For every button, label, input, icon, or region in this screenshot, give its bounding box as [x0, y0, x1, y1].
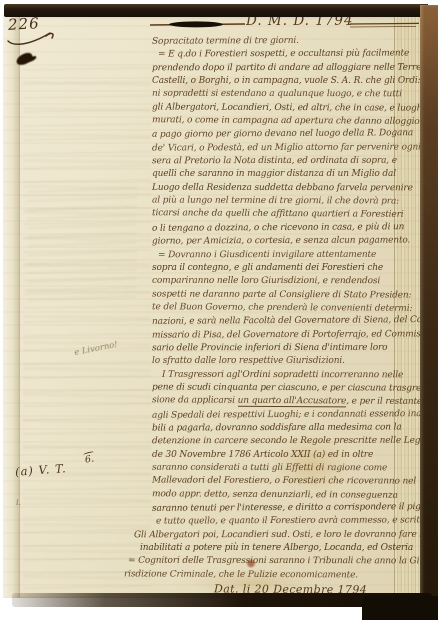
- manuscript-line: Mallevadori del Forestiero, o Forestieri…: [152, 475, 408, 489]
- ink-bleedthrough: [27, 184, 137, 304]
- header-rule-left: [150, 16, 248, 32]
- manuscript-line: = Dovranno i Giusdicenti invigilare atte…: [158, 248, 408, 262]
- manuscript-line: bili a pagarla, dovranno soddisfare alla…: [152, 421, 408, 435]
- page-gutter-edge: [3, 14, 20, 598]
- manuscript-line: sopra il contegno, e gli andamenti dei F…: [152, 262, 408, 275]
- manuscript-line: lo sfratto dalle loro respettive Giurisd…: [152, 355, 408, 368]
- manuscript-line: nazioni, e sarà nella Facoltà del Govern…: [152, 314, 408, 329]
- manuscript-line: compariranno nelle loro Giurisdizioni, e…: [152, 275, 408, 289]
- manuscript-line: missario di Pisa, del Governatore di Por…: [152, 328, 408, 342]
- manuscript-line: Gli Albergatori poi, Locandieri sud. Ost…: [134, 528, 408, 542]
- book-edge-top: [4, 4, 428, 17]
- manuscript-line: saranno considerati a tutti gli Effetti …: [152, 462, 408, 476]
- manuscript-line: Luogo della Residenza suddetta debbano f…: [152, 182, 408, 196]
- manuscript-line: de 30 Novembre 1786 Articolo XXII (a) ed…: [152, 449, 408, 462]
- manuscript-line: de' Vicari, o Podestà, ed un Miglio atto…: [152, 141, 408, 155]
- photo-frame: 226 D. M. D. 1794 Sopracitato termine di…: [0, 0, 438, 620]
- manuscript-line: sera al Pretorio la Nota distinta, ed or…: [152, 155, 408, 169]
- manuscript-line: a pago giorno per giorno devano nel luog…: [152, 128, 408, 143]
- book-cover-right: [420, 5, 438, 605]
- manuscript-line: giorno, per Amicizia, o cortesia, e senz…: [152, 235, 408, 249]
- manuscript-line: = E q.do i Forestieri sospetti, e occult…: [158, 48, 408, 62]
- manuscript-line: sario delle Provincie inferiori di Siena…: [152, 342, 408, 356]
- manuscript-line: sione da applicarsi un quarto all'Accusa…: [152, 394, 408, 409]
- header-rule-right: [350, 16, 422, 32]
- manuscript-line: Castelli, o Borghi, o in campagna, vuole…: [152, 75, 408, 88]
- manuscript-line: = Cognitori delle Trasgressioni saranno …: [128, 555, 408, 569]
- margin-note-number: 6.: [84, 453, 95, 465]
- manuscript-line: gli Albergatori, Locandieri, Osti, ed al…: [152, 101, 408, 115]
- manuscript-line: risdizione Criminale, che le Pulizie eco…: [124, 568, 408, 583]
- manuscript-line: prendendo dopo il partito di andare ad a…: [152, 61, 408, 75]
- manuscript-text: Sopracitato termine di tre giorni.= E q.…: [152, 35, 408, 597]
- manuscript-line: sospetti ne daranno parte al Consigliere…: [152, 288, 408, 302]
- margin-note-mark: i.: [16, 498, 21, 507]
- manuscript-line: inabilitati a potere più in tenere Alber…: [140, 542, 408, 555]
- ink-bleedthrough: [23, 60, 151, 600]
- manuscript-line: e tutto quello, e quanto il Forestiero a…: [156, 515, 408, 529]
- manuscript-line: ni sopradetti si estendano a qualunque l…: [152, 88, 408, 102]
- manuscript-line: quelli che saranno in maggior distanza d…: [152, 168, 408, 181]
- shadow-corner: [362, 596, 438, 620]
- manuscript-line: agli Spedali dei respettivi Luoghi; e i …: [152, 408, 408, 423]
- manuscript-line: detenzione in carcere secondo le Regole …: [152, 435, 408, 449]
- manuscript-line: ticarsi anche da quelli che affittano qu…: [152, 208, 408, 223]
- manuscript-line: I Trasgressori agl'Ordini sopradetti inc…: [162, 368, 408, 382]
- page-number-flourish: [4, 28, 62, 48]
